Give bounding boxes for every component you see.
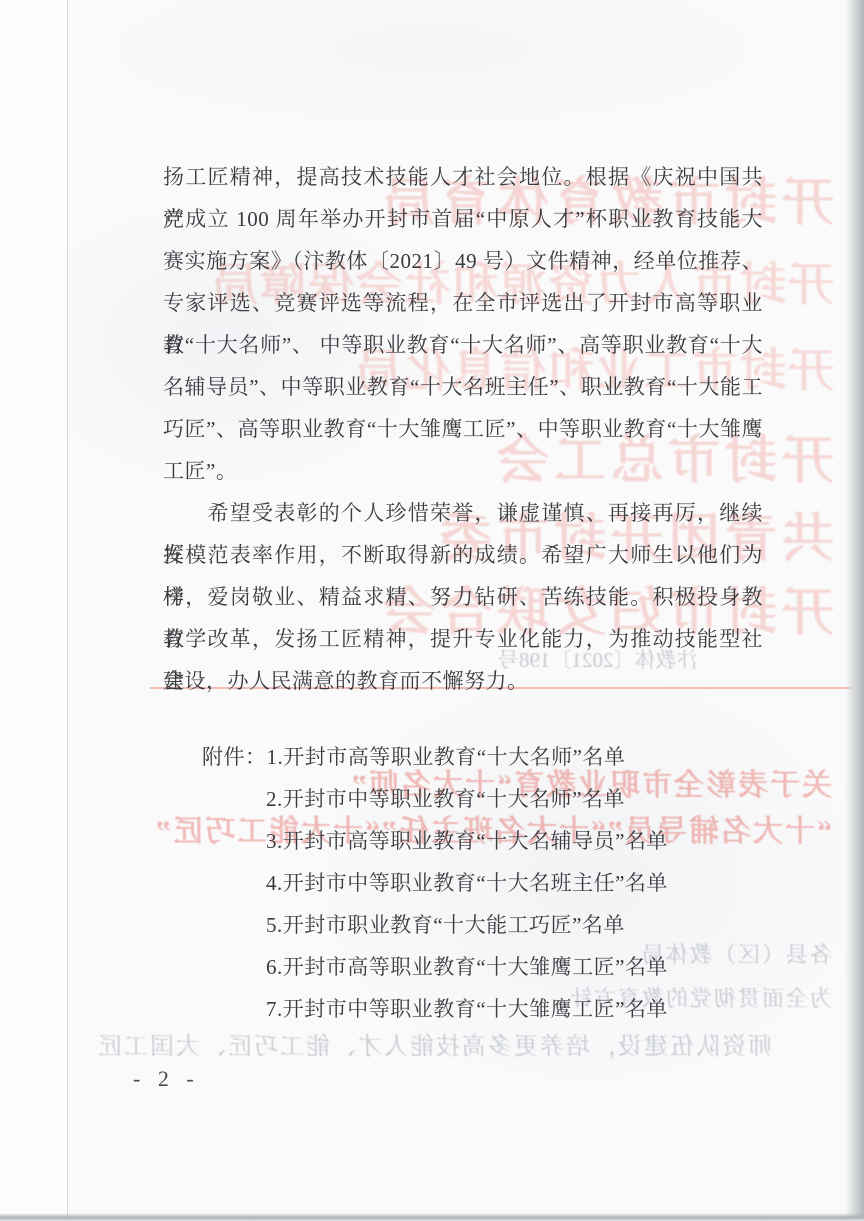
text-line: 巧匠”、高等职业教育“十大雏鹰工匠”、中等职业教育“十大雏鹰 bbox=[163, 408, 763, 450]
bleed-body-fragment: 师资队伍建设，培养更多高技能人才、能工巧匠、大国工匠 bbox=[96, 1026, 772, 1061]
text-line: 建设，办人民满意的教育而不懈努力。 bbox=[163, 660, 763, 702]
text-line: 育“十大名师”、 中等职业教育“十大名师”、高等职业教育“十大 bbox=[163, 324, 763, 366]
page-fold-line bbox=[67, 0, 68, 1221]
page-number: - 2 - bbox=[133, 1066, 197, 1092]
text-line: 扬工匠精神，提高技术技能人才社会地位。根据《庆祝中国共产 bbox=[163, 156, 763, 198]
text-line: 挥模范表率作用，不断取得新的成绩。希望广大师生以他们为榜 bbox=[163, 534, 763, 576]
scanner-bottom-edge bbox=[0, 1213, 864, 1221]
text-line: 2.开封市中等职业教育“十大名师”名单 bbox=[266, 778, 822, 820]
text-line: 附件：1.开封市高等职业教育“十大名师”名单 bbox=[202, 736, 822, 778]
text-line: 名辅导员”、中等职业教育“十大名班主任”、职业教育“十大能工 bbox=[163, 366, 763, 408]
text-line: 专家评选、竞赛评选等流程，在全市评选出了开封市高等职业教 bbox=[163, 282, 763, 324]
body-paragraph-2: 希望受表彰的个人珍惜荣誉，谦虚谨慎、再接再厉，继续发挥模范表率作用，不断取得新的… bbox=[163, 492, 763, 702]
attachments-list: 附件：1.开封市高等职业教育“十大名师”名单2.开封市中等职业教育“十大名师”名… bbox=[202, 736, 822, 1030]
body-paragraph-1: 扬工匠精神，提高技术技能人才社会地位。根据《庆祝中国共产党成立 100 周年举办… bbox=[163, 156, 763, 492]
scanned-document-page: 开封市教育体育局 开封市人力资源和社会保障局 开封市工业和信息化局 开封市总工会… bbox=[0, 0, 864, 1221]
text-line: 样，爱岗敬业、精益求精、努力钻研、苦练技能。积极投身教育 bbox=[163, 576, 763, 618]
text-line: 3.开封市高等职业教育“十大名辅导员”名单 bbox=[266, 820, 822, 862]
text-line: 党成立 100 周年举办开封市首届“中原人才”杯职业教育技能大 bbox=[163, 198, 763, 240]
text-line: 5.开封市职业教育“十大能工巧匠”名单 bbox=[266, 904, 822, 946]
text-line: 4.开封市中等职业教育“十大名班主任”名单 bbox=[266, 862, 822, 904]
text-line: 教学改革，发扬工匠精神，提升专业化能力，为推动技能型社会 bbox=[163, 618, 763, 660]
text-line: 6.开封市高等职业教育“十大雏鹰工匠”名单 bbox=[266, 946, 822, 988]
left-margin-strip bbox=[0, 0, 67, 1221]
text-line: 工匠”。 bbox=[163, 450, 763, 492]
text-line: 7.开封市中等职业教育“十大雏鹰工匠”名单 bbox=[266, 988, 822, 1030]
text-line: 赛实施方案》（汴教体〔2021〕49 号）文件精神，经单位推荐、 bbox=[163, 240, 763, 282]
scanner-right-edge bbox=[845, 0, 864, 1221]
text-line: 希望受表彰的个人珍惜荣誉，谦虚谨慎、再接再厉，继续发 bbox=[163, 492, 763, 534]
